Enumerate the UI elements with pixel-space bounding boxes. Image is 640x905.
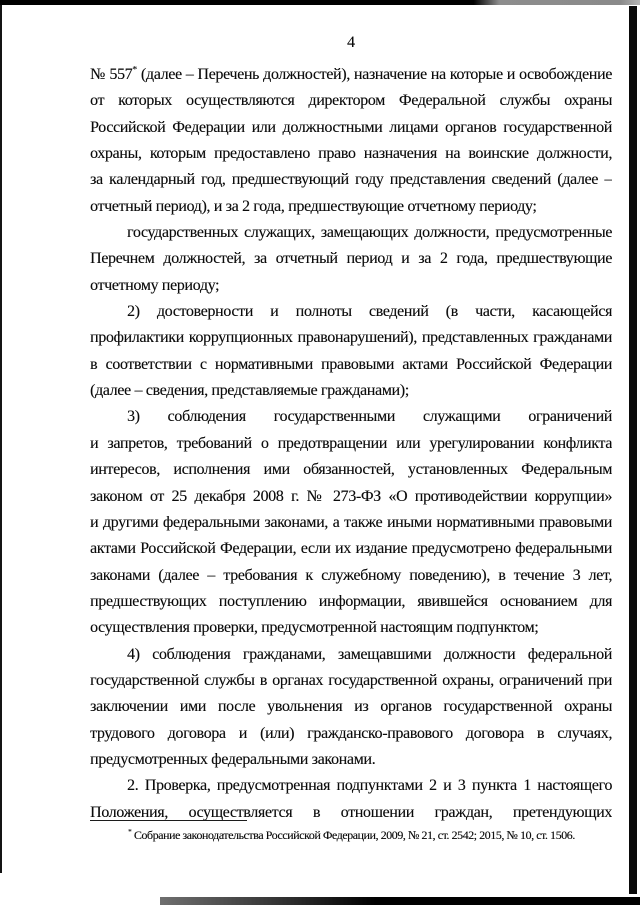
text-line: 4) соблюдения гражданами, замещавшими до… [90,642,612,668]
text-line: трудового договора и (или) гражданско-пр… [90,721,612,747]
text-line: предусмотренных федеральными законами. [90,747,612,773]
footnote-separator [90,820,247,821]
footnote-text: * Собрание законодательства Российской Ф… [128,828,612,843]
text-line: государственных служащих, замещающих дол… [90,220,612,246]
text-line: государственной службы в органах государ… [90,668,612,694]
text-line: законом от 25 декабря 2008 г. № 273-ФЗ «… [90,484,612,510]
document-page: 4 № 557* (далее – Перечень должностей), … [0,0,640,905]
text-line: актами Российской Федерации, если их изд… [90,536,612,562]
text-line: в соответствии с нормативными правовыми … [90,352,612,378]
text-line: и другими федеральными законами, а также… [90,510,612,536]
text-line: профилактики коррупционных правонарушени… [90,325,612,351]
page-number: 4 [90,34,612,52]
text-line: законами (далее – требования к служебном… [90,563,612,589]
text-line: (далее – сведения, представляемые гражда… [90,378,612,404]
scan-artifact-top-bar [0,0,640,5]
text-line: и запретов, требований о предотвращении … [90,431,612,457]
text-line: 3) соблюдения государственными служащими… [90,404,612,430]
footnote-marker: * [132,65,137,76]
text-line: интересов, исполнения ими обязанностей, … [90,457,612,483]
text-line: Положения, осуществляется в отношении гр… [90,800,612,826]
text-line: заключении ими после увольнения из орган… [90,694,612,720]
scan-artifact-left-line [0,5,2,873]
footnote-marker: * [128,827,131,836]
scan-artifact-bottom-bar [160,897,640,905]
document-body: № 557* (далее – Перечень должностей), на… [90,62,612,826]
scan-artifact-right-bar [629,6,637,894]
text-line: осуществления проверки, предусмотренной … [90,615,612,641]
text-line: за календарный год, предшествующий году … [90,167,612,193]
text-line: Перечнем должностей, за отчетный период … [90,246,612,272]
text-line: № 557* (далее – Перечень должностей), на… [90,62,612,88]
text-line: предшествующих поступлению информации, я… [90,589,612,615]
text-line: Российской Федерации или должностными ли… [90,115,612,141]
text-line: отчетный период), и за 2 года, предшеств… [90,194,612,220]
text-line: 2) достоверности и полноты сведений (в ч… [90,299,612,325]
text-line: отчетному периоду; [90,273,612,299]
text-line: охраны, которым предоставлено право назн… [90,141,612,167]
text-line: 2. Проверка, предусмотренная подпунктами… [90,773,612,799]
text-line: от которых осуществляются директором Фед… [90,88,612,114]
